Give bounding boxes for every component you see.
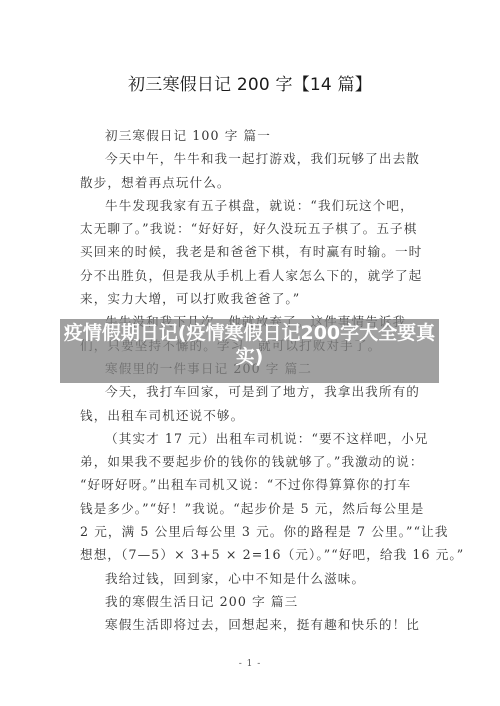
document-title: 初三寒假日记 200 字【14 篇】	[0, 70, 500, 95]
paragraph-line: 今天，我打车回家，可是到了地方，我拿出我所有的	[80, 380, 420, 403]
paragraph-line: “好呀好呀。”出租车司机又说：“不过你得算算你的打车	[80, 473, 420, 496]
paragraph-line: 买回来的时候，我老是和爸爸下棋，有时赢有时输。一时	[80, 240, 420, 263]
paragraph-line: 我的寒假生活日记 200 字 篇三	[80, 590, 420, 613]
paragraph-line: （其实才 17 元）出租车司机说：“要不这样吧，小兄	[80, 427, 420, 450]
paragraph-line: 太无聊了。”我说：“好好好，好久没玩五子棋了。五子棋	[80, 217, 420, 240]
paragraph-line: 弟，如果我不要起步价的钱你的钱就够了。”我激动的说：	[80, 450, 420, 473]
paragraph-line: 我给过钱，回到家，心中不知是什么滋味。	[80, 567, 420, 590]
paragraph-line: 散步，想着再点玩什么。	[80, 171, 420, 194]
paragraph-line: 钱是多少。”“好！”我说。“起步价是 5 元，然后每公里是	[80, 497, 420, 520]
page-number: - 1 -	[0, 659, 500, 669]
overlay-title: 疫情假期日记(疫情寒假日记200字大全要真实)	[60, 321, 439, 369]
paragraph-line: 今天中午，牛牛和我一起打游戏，我们玩够了出去散	[80, 147, 420, 170]
paragraph-line: 分不出胜负，但是我从手机上看人家怎么下的，就学了起	[80, 264, 420, 287]
paragraph-line: 2 元，满 5 公里后每公里 3 元。你的路程是 7 公里。”“让我	[80, 520, 420, 543]
paragraph-line: 来，实力大增，可以打败我爸爸了。”	[80, 287, 420, 310]
paragraph-line: 想想，（7—5）× 3+5 × 2=16（元）。”“好吧，给我 16 元。”	[80, 543, 420, 566]
paragraph-line: 钱，出租车司机还说不够。	[80, 404, 420, 427]
paragraph-line: 初三寒假日记 100 字 篇一	[80, 124, 420, 147]
paragraph-line: 寒假生活即将过去，回想起来，挺有趣和快乐的！比	[80, 613, 420, 636]
paragraph-line: 牛牛发现我家有五子棋盘，就说：“我们玩这个吧，	[80, 194, 420, 217]
